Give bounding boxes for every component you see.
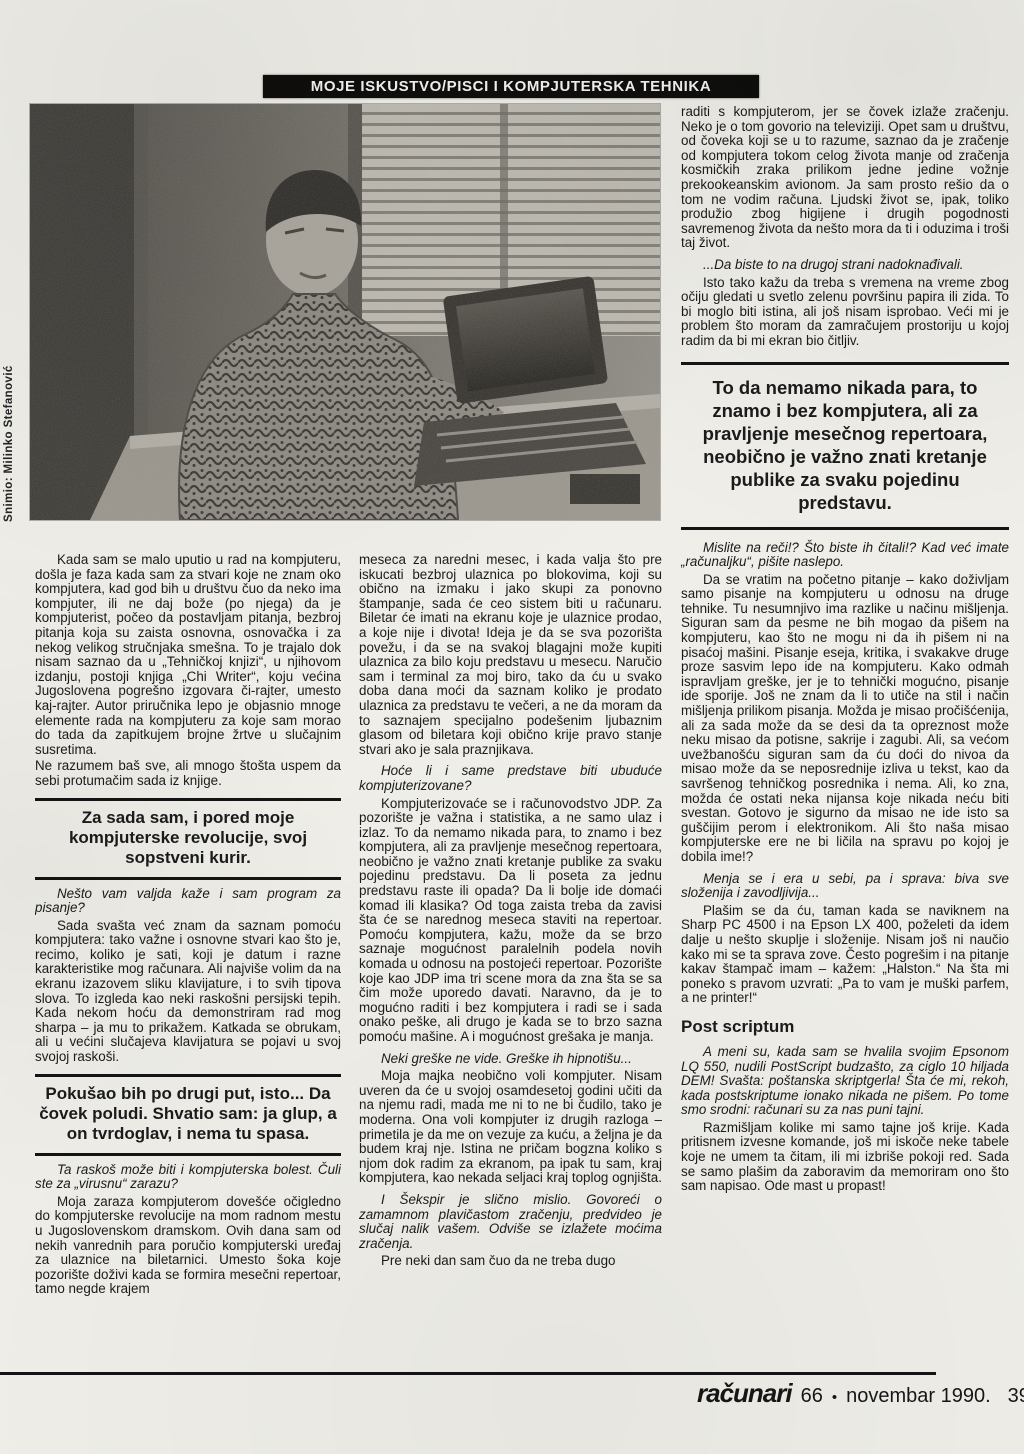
paragraph: raditi s kompjuterom, jer se čovek izlaž… [681,105,1009,251]
column-middle: meseca za naredni mesec, i kada valja št… [359,553,662,1365]
post-scriptum-heading: Post scriptum [681,1016,1009,1038]
interview-question: Mislite na reči!? Što biste ih čitali!? … [681,541,1009,570]
paragraph: Pre neki dan sam čuo da ne treba dugo [359,1254,662,1269]
paragraph: Da se vratim na početno pitanje – kako d… [681,573,1009,865]
paragraph: Isto tako kažu da treba s vremena na vre… [681,276,1009,349]
paragraph: Moja zaraza kompjuterom dovešće očigledn… [35,1195,341,1297]
paragraph: Kada sam se malo uputio u rad na kompjut… [35,553,341,757]
interview-question: ...Da biste to na drugoj strani nadoknađ… [681,258,1009,273]
issue-number: 66 [801,1385,823,1408]
interview-question: Menja se i era u sebi, pa i sprava: biva… [681,872,1009,901]
interview-question: Ta raskoš može biti i kompjuterska boles… [35,1163,341,1192]
pull-quote-heading: Za sada sam, i pored moje kompjuterske r… [35,798,341,880]
pull-quote-box: To da nemamo nikada para, to znamo i bez… [681,362,1009,530]
interview-question: Hoće li i same predstave biti ubuduće ko… [359,764,662,793]
magazine-logo: računari [697,1378,792,1409]
page-number: 39 [1008,1385,1024,1408]
magazine-page: MOJE ISKUSTVO/PISCI I KOMPJUTERSKA TEHNI… [0,0,1024,1454]
photo-credit-vertical: Snimio: Milinko Stefanović [3,336,21,522]
interview-question: Nešto vam valjda kaže i sam program za p… [35,887,341,916]
column-left: Kada sam se malo uputio u rad na kompjut… [35,553,341,1365]
paragraph: Sada svašta već znam da saznam pomoću ko… [35,919,341,1065]
column-right: raditi s kompjuterom, jer se čovek izlaž… [681,105,1009,1367]
paragraph: Razmišljam kolike mi samo tajne još krij… [681,1121,1009,1194]
footer-rule [0,1372,936,1375]
paragraph: meseca za naredni mesec, i kada valja št… [359,553,662,757]
section-kicker-label: MOJE ISKUSTVO/PISCI I KOMPJUTERSKA TEHNI… [311,78,712,95]
section-kicker-bar: MOJE ISKUSTVO/PISCI I KOMPJUTERSKA TEHNI… [263,75,759,98]
paragraph: Kompjuterizovaće se i računovodstvo JDP.… [359,797,662,1045]
paragraph: Plašim se da ću, taman kada se naviknem … [681,904,1009,1006]
interview-question: A meni su, kada sam se hvalila svojim Ep… [681,1045,1009,1118]
interview-question: I Šekspir je slično mislio. Govoreći o z… [359,1193,662,1251]
interview-question: Neki greške ne vide. Greške ih hipnotišu… [359,1052,662,1067]
issue-date: novembar 1990. [846,1385,991,1408]
pull-quote-heading: Pokušao bih po drugi put, isto... Da čov… [35,1074,341,1156]
page-footer: računari 66 • novembar 1990. 39 [697,1378,1024,1409]
paragraph: Moja majka neobično voli kompjuter. Nisa… [359,1069,662,1186]
author-photo-illustration [30,104,660,520]
footer-bullet: • [832,1389,837,1406]
paragraph: Ne razumem baš sve, ali mnogo štošta usp… [35,759,341,788]
author-photo [30,104,660,520]
